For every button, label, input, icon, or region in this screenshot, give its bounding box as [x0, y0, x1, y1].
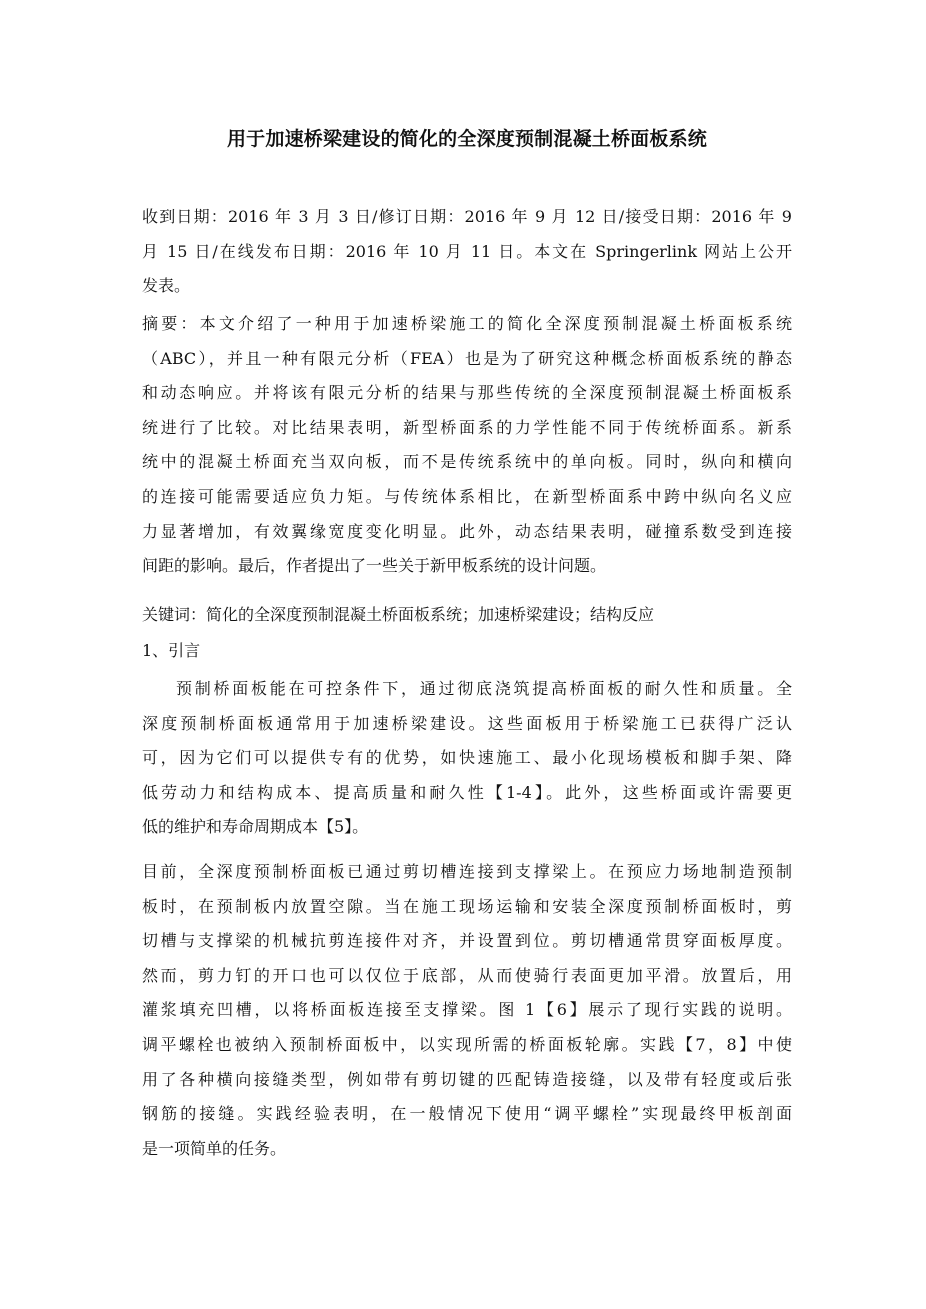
dates-line: 发表。 — [142, 269, 792, 304]
paragraph-line: 调平螺栓也被纳入预制桥面板中，以实现所需的桥面板轮廓。实践【7，8】中使 — [142, 1028, 792, 1063]
section-heading: 1、引言 — [142, 634, 792, 669]
paragraph-1: 预制桥面板能在可控条件下，通过彻底浇筑提高桥面板的耐久性和质量。全 深度预制桥面… — [142, 672, 792, 845]
abstract-line: （ABC），并且一种有限元分析（FEA）也是为了研究这种概念桥面板系统的静态 — [142, 342, 792, 377]
paragraph-line: 是一项简单的任务。 — [142, 1132, 792, 1167]
abstract-line: 摘要：本文介绍了一种用于加速桥梁施工的简化全深度预制混凝土桥面板系统 — [142, 307, 792, 342]
paragraph-line: 深度预制桥面板通常用于加速桥梁建设。这些面板用于桥梁施工已获得广泛认 — [142, 707, 792, 742]
paragraph-line: 用了各种横向接缝类型，例如带有剪切键的匹配铸造接缝，以及带有轻度或后张 — [142, 1063, 792, 1098]
abstract-line: 力显著增加，有效翼缘宽度变化明显。此外，动态结果表明，碰撞系数受到连接 — [142, 515, 792, 550]
document-title: 用于加速桥梁建设的简化的全深度预制混凝土桥面板系统 — [142, 126, 792, 152]
keywords: 关键词：简化的全深度预制混凝土桥面板系统；加速桥梁建设；结构反应 — [142, 598, 792, 633]
paragraph-2: 目前，全深度预制桥面板已通过剪切槽连接到支撑梁上。在预应力场地制造预制 板时，在… — [142, 855, 792, 1166]
paragraph-line: 板时，在预制板内放置空隙。当在施工现场运输和安装全深度预制桥面板时，剪 — [142, 890, 792, 925]
paragraph-line: 钢筋的接缝。实践经验表明，在一般情况下使用“调平螺栓”实现最终甲板剖面 — [142, 1097, 792, 1132]
paragraph-line: 然而，剪力钉的开口也可以仅位于底部，从而使骑行表面更加平滑。放置后，用 — [142, 959, 792, 994]
abstract-line: 间距的影响。最后，作者提出了一些关于新甲板系统的设计问题。 — [142, 549, 792, 584]
dates-line: 收到日期：2016 年 3 月 3 日/修订日期：2016 年 9 月 12 日… — [142, 200, 792, 235]
publication-dates: 收到日期：2016 年 3 月 3 日/修订日期：2016 年 9 月 12 日… — [142, 200, 792, 304]
keywords-line: 关键词：简化的全深度预制混凝土桥面板系统；加速桥梁建设；结构反应 — [142, 598, 792, 633]
dates-line: 月 15 日/在线发布日期：2016 年 10 月 11 日。本文在 Sprin… — [142, 235, 792, 270]
paragraph-line: 低的维护和寿命周期成本【5】。 — [142, 810, 792, 845]
paragraph-line: 切槽与支撑梁的机械抗剪连接件对齐，并设置到位。剪切槽通常贯穿面板厚度。 — [142, 924, 792, 959]
section-heading-text: 1、引言 — [142, 634, 792, 669]
abstract-line: 和动态响应。并将该有限元分析的结果与那些传统的全深度预制混凝土桥面板系 — [142, 376, 792, 411]
paragraph-line: 目前，全深度预制桥面板已通过剪切槽连接到支撑梁上。在预应力场地制造预制 — [142, 855, 792, 890]
abstract-line: 统进行了比较。对比结果表明，新型桥面系的力学性能不同于传统桥面系。新系 — [142, 411, 792, 446]
paragraph-line: 可，因为它们可以提供专有的优势，如快速施工、最小化现场模板和脚手架、降 — [142, 741, 792, 776]
abstract: 摘要：本文介绍了一种用于加速桥梁施工的简化全深度预制混凝土桥面板系统 （ABC）… — [142, 307, 792, 584]
paragraph-line: 低劳动力和结构成本、提高质量和耐久性【1-4】。此外，这些桥面或许需要更 — [142, 776, 792, 811]
abstract-line: 的连接可能需要适应负力矩。与传统体系相比，在新型桥面系中跨中纵向名义应 — [142, 480, 792, 515]
abstract-line: 统中的混凝土桥面充当双向板，而不是传统系统中的单向板。同时，纵向和横向 — [142, 445, 792, 480]
paragraph-line: 灌浆填充凹槽，以将桥面板连接至支撑梁。图 1【6】展示了现行实践的说明。 — [142, 993, 792, 1028]
paragraph-line: 预制桥面板能在可控条件下，通过彻底浇筑提高桥面板的耐久性和质量。全 — [142, 672, 792, 707]
